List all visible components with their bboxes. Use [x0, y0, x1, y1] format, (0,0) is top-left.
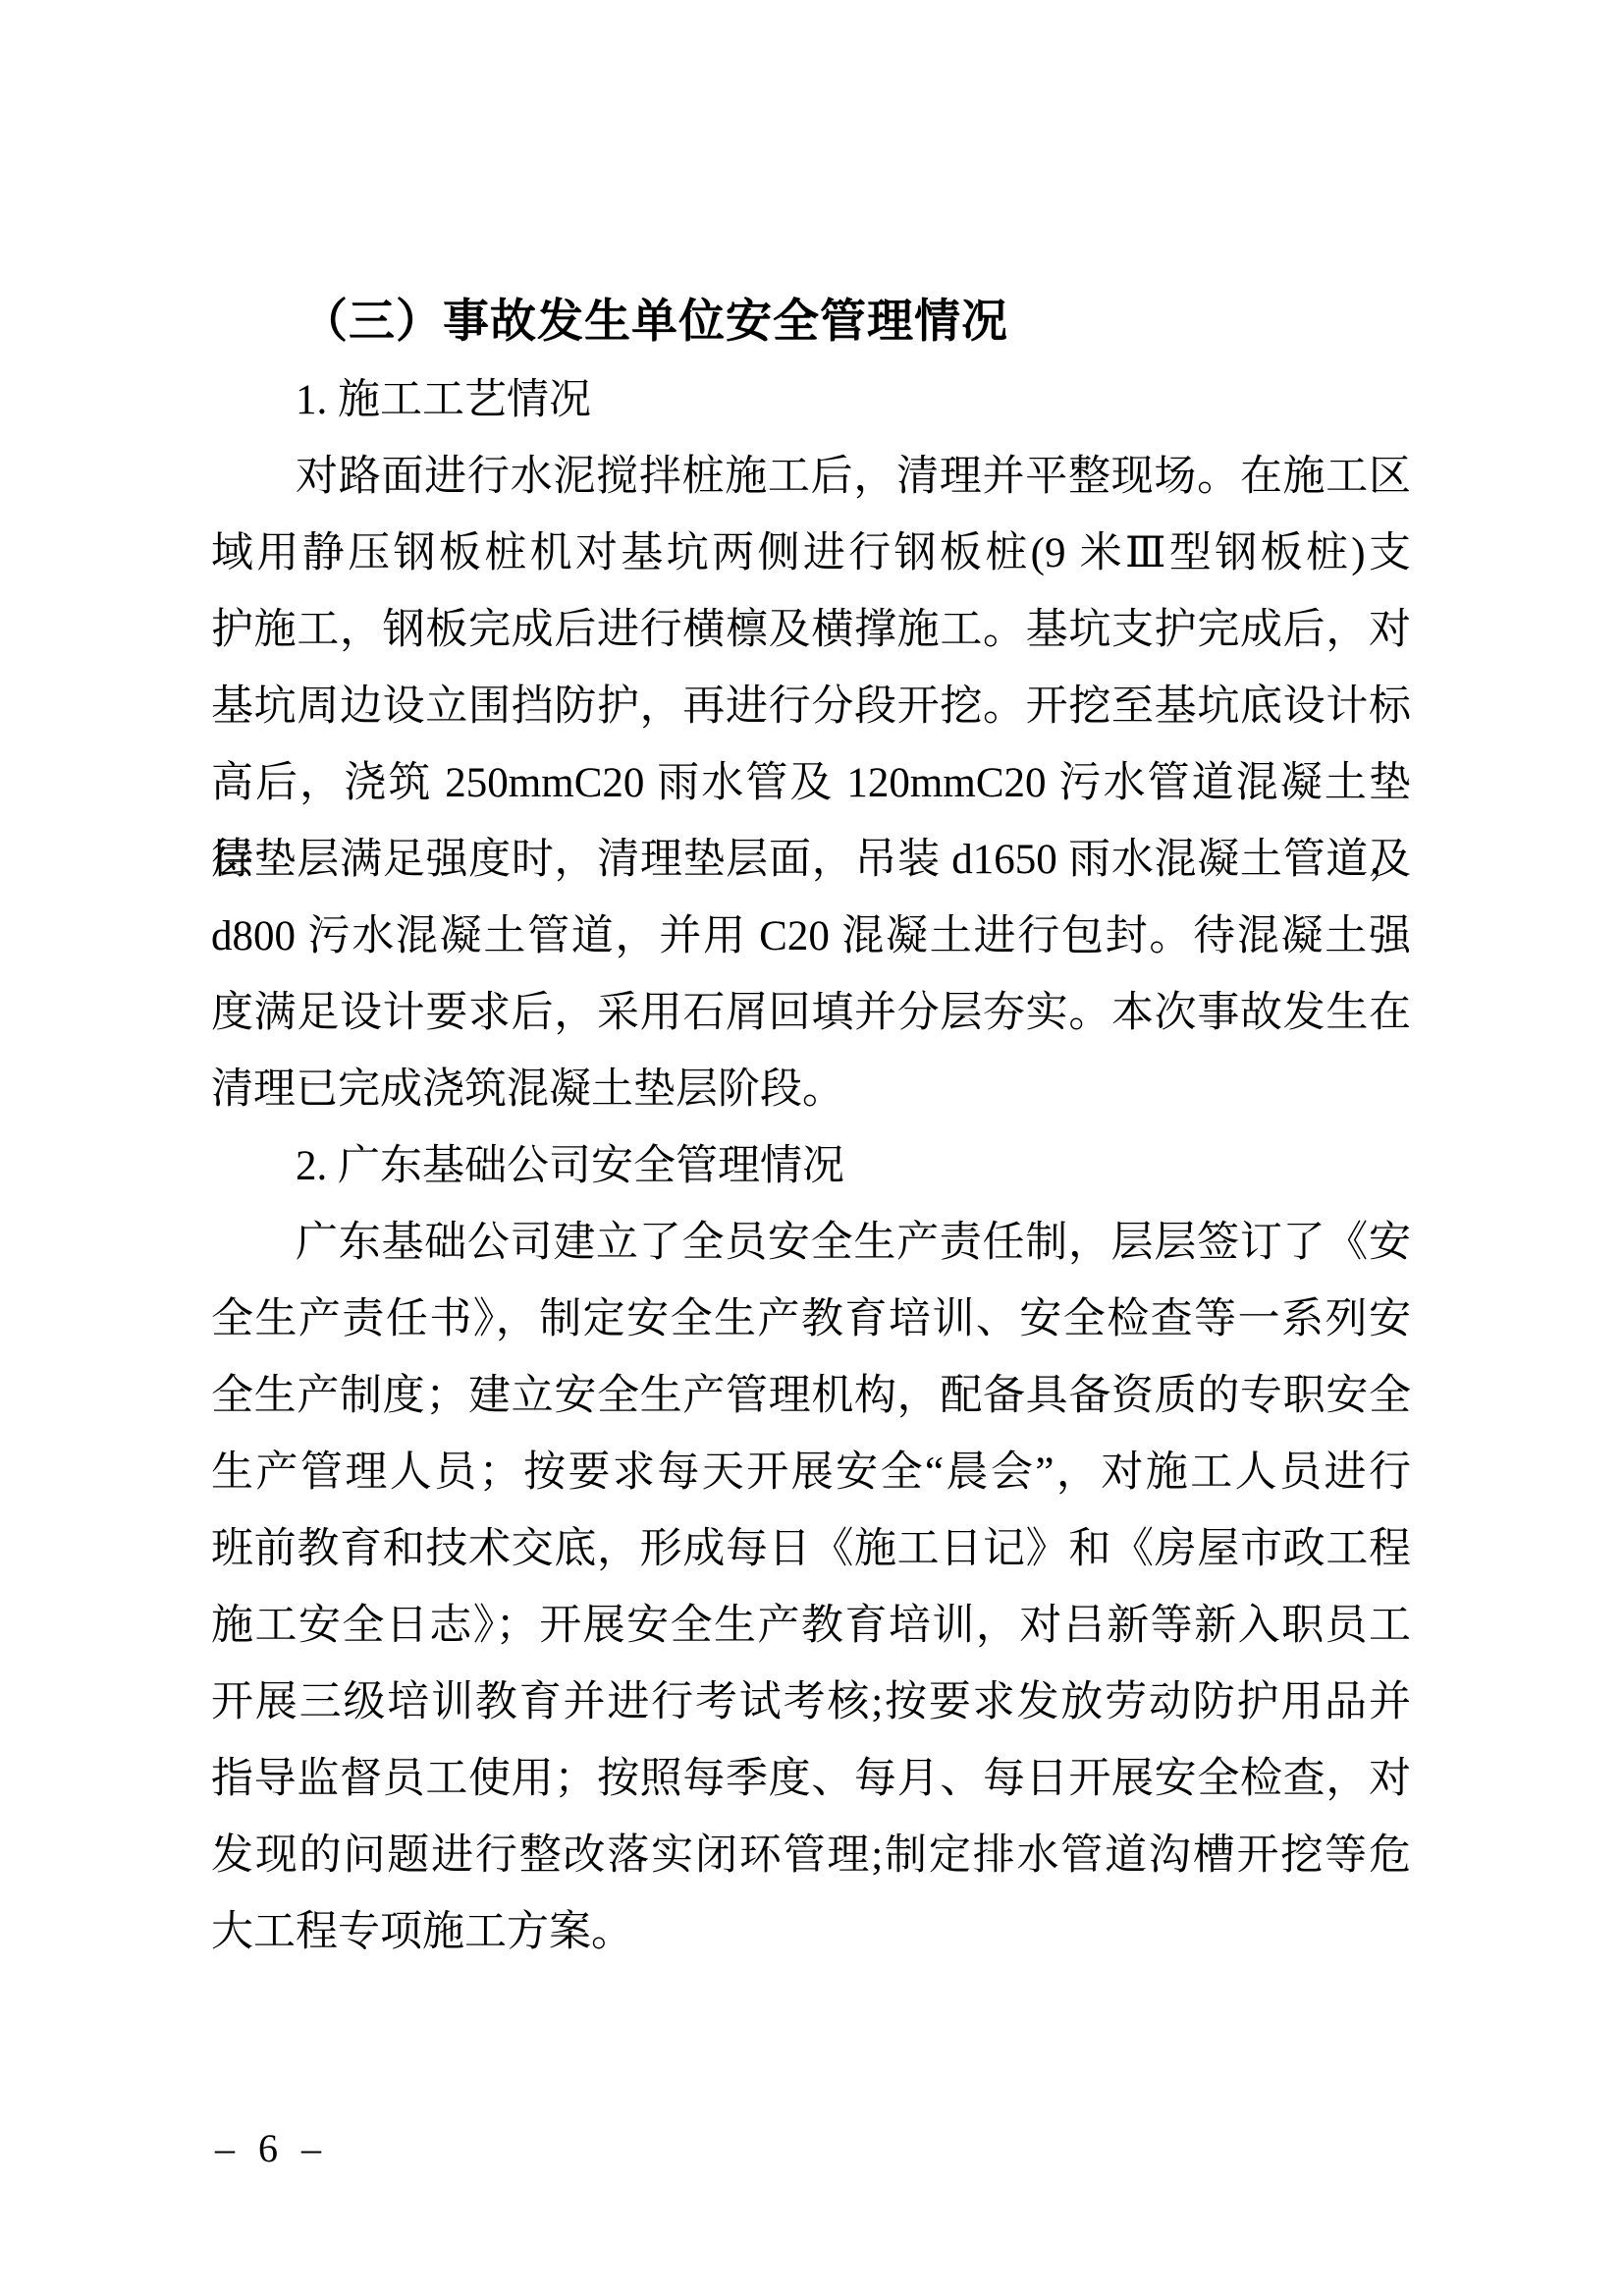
text-block: （三）事故发生单位安全管理情况 1. 施工工艺情况 对路面进行水泥搅拌桩施工后，…: [211, 282, 1411, 1971]
body-line: 指导监督员工使用；按照每季度、每月、每日开展安全检查，对: [211, 1741, 1411, 1818]
subsection-1-title: 1. 施工工艺情况: [211, 362, 1411, 439]
body-line: 全生产责任书》，制定安全生产教育培训、安全检查等一系列安: [211, 1282, 1411, 1358]
body-line: 生产管理人员；按要求每天开展安全“晨会”，对施工人员进行: [211, 1435, 1411, 1511]
body-line: 基坑周边设立围挡防护，再进行分段开挖。开挖至基坑底设计标: [211, 669, 1411, 745]
body-line: 大工程专项施工方案。: [211, 1894, 1411, 1971]
body-line: 广东基础公司建立了全员安全生产责任制，层层签订了《安: [211, 1205, 1411, 1282]
body-line: 护施工，钢板完成后进行横檩及横撑施工。基坑支护完成后，对: [211, 592, 1411, 669]
body-line: 全生产制度；建立安全生产管理机构，配备具备资质的专职安全: [211, 1358, 1411, 1435]
document-page: （三）事故发生单位安全管理情况 1. 施工工艺情况 对路面进行水泥搅拌桩施工后，…: [0, 0, 1623, 2296]
body-line: 度满足设计要求后，采用石屑回填并分层夯实。本次事故发生在: [211, 975, 1411, 1052]
section-heading: （三）事故发生单位安全管理情况: [211, 282, 1411, 362]
body-line: 高后，浇筑 250mmC20 雨水管及 120mmC20 污水管道混凝土垫层，: [211, 745, 1411, 822]
body-line: 发现的问题进行整改落实闭环管理;制定排水管道沟槽开挖等危: [211, 1818, 1411, 1894]
subsection-2-title: 2. 广东基础公司安全管理情况: [211, 1128, 1411, 1205]
body-line: 施工安全日志》；开展安全生产教育培训，对吕新等新入职员工: [211, 1588, 1411, 1665]
body-line: 待垫层满足强度时，清理垫层面，吊装 d1650 雨水混凝土管道及: [211, 822, 1411, 899]
body-line: 清理已完成浇筑混凝土垫层阶段。: [211, 1052, 1411, 1128]
body-line: 开展三级培训教育并进行考试考核;按要求发放劳动防护用品并: [211, 1665, 1411, 1741]
body-line: 对路面进行水泥搅拌桩施工后，清理并平整现场。在施工区: [211, 439, 1411, 516]
page-number: – 6 –: [215, 2119, 328, 2178]
body-line: 班前教育和技术交底，形成每日《施工日记》和《房屋市政工程: [211, 1511, 1411, 1588]
body-line: 域用静压钢板桩机对基坑两侧进行钢板桩(9 米Ⅲ型钢板桩)支: [211, 516, 1411, 592]
body-line: d800 污水混凝土管道，并用 C20 混凝土进行包封。待混凝土强: [211, 899, 1411, 975]
